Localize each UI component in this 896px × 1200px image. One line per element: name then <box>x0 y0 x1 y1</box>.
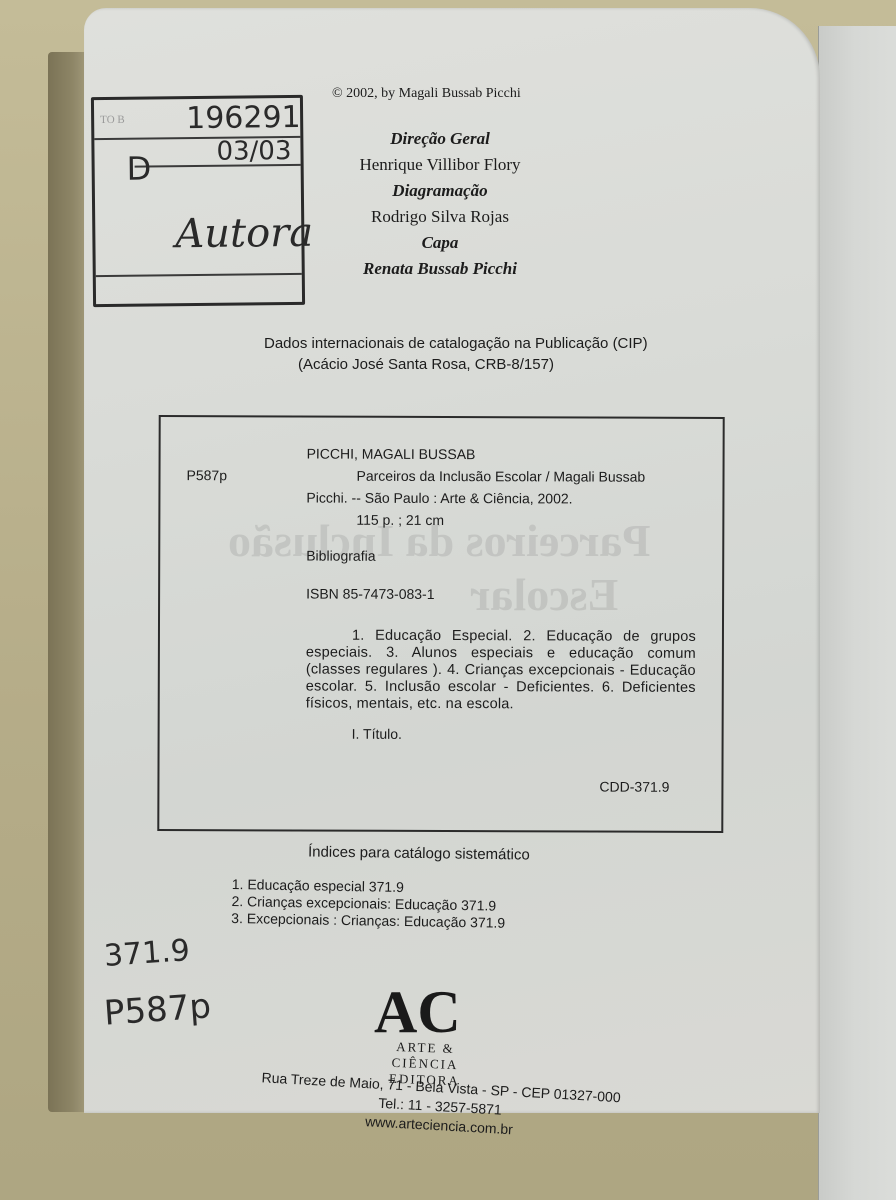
handwritten-class: 371.9 <box>103 933 191 974</box>
card-isbn: ISBN 85-7473-083-1 <box>306 586 434 602</box>
book-cover-edge <box>48 52 88 1112</box>
cip-heading-block: Dados internacionais de catalogação na P… <box>264 333 648 375</box>
facing-page <box>818 26 896 1200</box>
credit-role: Direção Geral <box>300 126 580 152</box>
credit-role: Diagramação <box>300 178 580 204</box>
card-physical: 115 p. ; 21 cm <box>356 512 444 528</box>
credit-person: Henrique Villibor Flory <box>300 152 580 178</box>
publisher-logo-icon: AC <box>372 978 472 1038</box>
stamp-rule <box>96 273 302 277</box>
stamp-mark: D <box>126 149 151 187</box>
card-author: PICCHI, MAGALI BUSSAB <box>307 446 476 463</box>
indices-heading: Índices para catálogo sistemático <box>308 843 530 863</box>
credit-person: Renata Bussab Picchi <box>300 256 580 282</box>
card-title: Parceiros da Inclusão Escolar / Magali B… <box>356 468 645 485</box>
card-imprint: Picchi. -- São Paulo : Arte & Ciência, 2… <box>306 490 572 507</box>
card-call-number: P587p <box>186 467 227 483</box>
card-bibliography: Bibliografia <box>306 548 375 564</box>
cip-heading: Dados internacionais de catalogação na P… <box>264 333 648 354</box>
publisher-name-line1: ARTE & CIÊNCIA <box>360 1038 491 1075</box>
catalog-card: PICCHI, MAGALI BUSSAB P587p Parceiros da… <box>157 415 724 833</box>
copyright-line: © 2002, by Magali Bussab Picchi <box>300 86 580 102</box>
card-subjects: 1. Educação Especial. 2. Educação de gru… <box>306 628 696 714</box>
logo-letters: AC <box>374 979 461 1038</box>
card-cdd: CDD-371.9 <box>599 779 669 795</box>
stamp-signature: Autora <box>175 210 313 257</box>
stamp-faint-label: TO B <box>100 114 125 126</box>
cip-librarian: (Acácio José Santa Rosa, CRB-8/157) <box>264 354 648 375</box>
stamp-date: 03/03 <box>216 136 291 167</box>
indices-list: 1. Educação especial 371.9 2. Crianças e… <box>231 876 506 932</box>
credits-block: © 2002, by Magali Bussab Picchi Direção … <box>300 86 580 282</box>
library-stamp: TO B 196291 03/03 D Autora <box>91 95 305 307</box>
stamp-number: 196291 <box>186 100 301 136</box>
credit-person: Rodrigo Silva Rojas <box>300 204 580 230</box>
handwritten-cutter: P587p <box>103 986 213 1033</box>
card-title-entry: I. Título. <box>352 726 402 742</box>
credit-role: Capa <box>300 230 580 256</box>
card-subjects-text: 1. Educação Especial. 2. Educação de gru… <box>306 628 696 713</box>
